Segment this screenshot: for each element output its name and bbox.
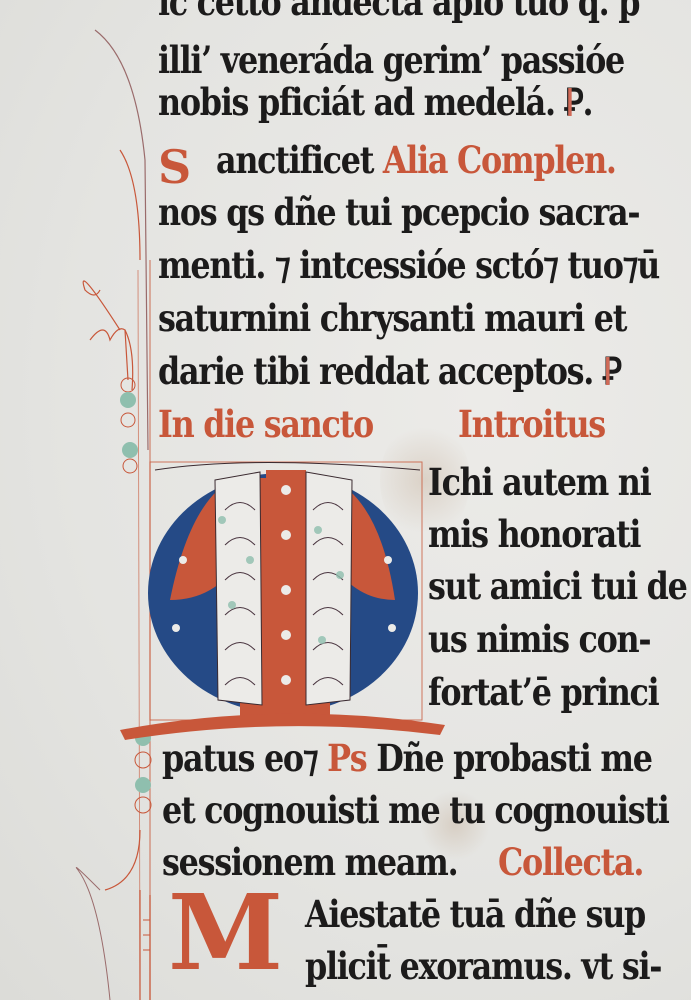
text-line: nos qs dñe tui pcepcio sacra- [158, 190, 639, 234]
red-initial-s: S [158, 140, 191, 194]
text-line: us nimis con- [428, 617, 650, 661]
text-line: sut amici tui de [428, 564, 687, 608]
red-initial-m: M [168, 878, 283, 988]
rubric-heading: Alia Complen. [383, 138, 616, 182]
rubric-collecta: Collecta. [498, 840, 643, 884]
illuminated-initial-m [120, 462, 445, 740]
text-line: menti. ⁊ intcessióe sctó⁊ tuo⁊ū [158, 243, 659, 287]
text-line: saturnini chrysanti mauri et [158, 296, 626, 340]
text-line: illi’ veneráda gerim’ passióe [158, 38, 624, 82]
manuscript-page: ic cetto andecta aplo tuo q. p illi’ ven… [0, 0, 691, 1000]
text-line: ic cetto andecta aplo tuo q. p [158, 0, 639, 24]
paragraph-mark: Ꝑ. [565, 80, 593, 124]
text-segment: darie tibi reddat acceptos. [158, 349, 593, 393]
text-line: fortat’ē princi [428, 670, 658, 714]
rubric-introitus: Introitus [458, 402, 605, 446]
rubric-in-die-sancto: In die sancto [158, 402, 373, 446]
text-line: patus eo⁊ Ps Dñe probasti me [162, 736, 652, 780]
text-line: nobis pficiát ad medelá. Ꝑ. [158, 80, 592, 124]
text-line: plicit̄ exoramus. vt si- [305, 944, 661, 988]
text-line: Aiestatē tuā dñe sup [305, 892, 645, 936]
text-line: Ichi autem ni [428, 460, 650, 504]
text-line: darie tibi reddat acceptos. Ꝑ [158, 349, 621, 393]
text-segment: nobis pficiát ad medelá. [158, 80, 555, 124]
text-segment: anctificet [216, 138, 373, 182]
text-line: et cognouisti me tu cognouisti [162, 788, 669, 832]
paragraph-mark: Ꝑ [603, 349, 621, 393]
text-segment: patus eo⁊ [162, 736, 317, 780]
text-segment: Dñe probasti me [376, 736, 652, 780]
text-line: mis honorati [428, 512, 640, 556]
rubric-line: In die sancto [158, 402, 373, 446]
psalm-mark: Ps [327, 736, 366, 780]
rubric-line: Introitus [458, 402, 605, 446]
text-line: anctificet Alia Complen. [216, 138, 616, 182]
